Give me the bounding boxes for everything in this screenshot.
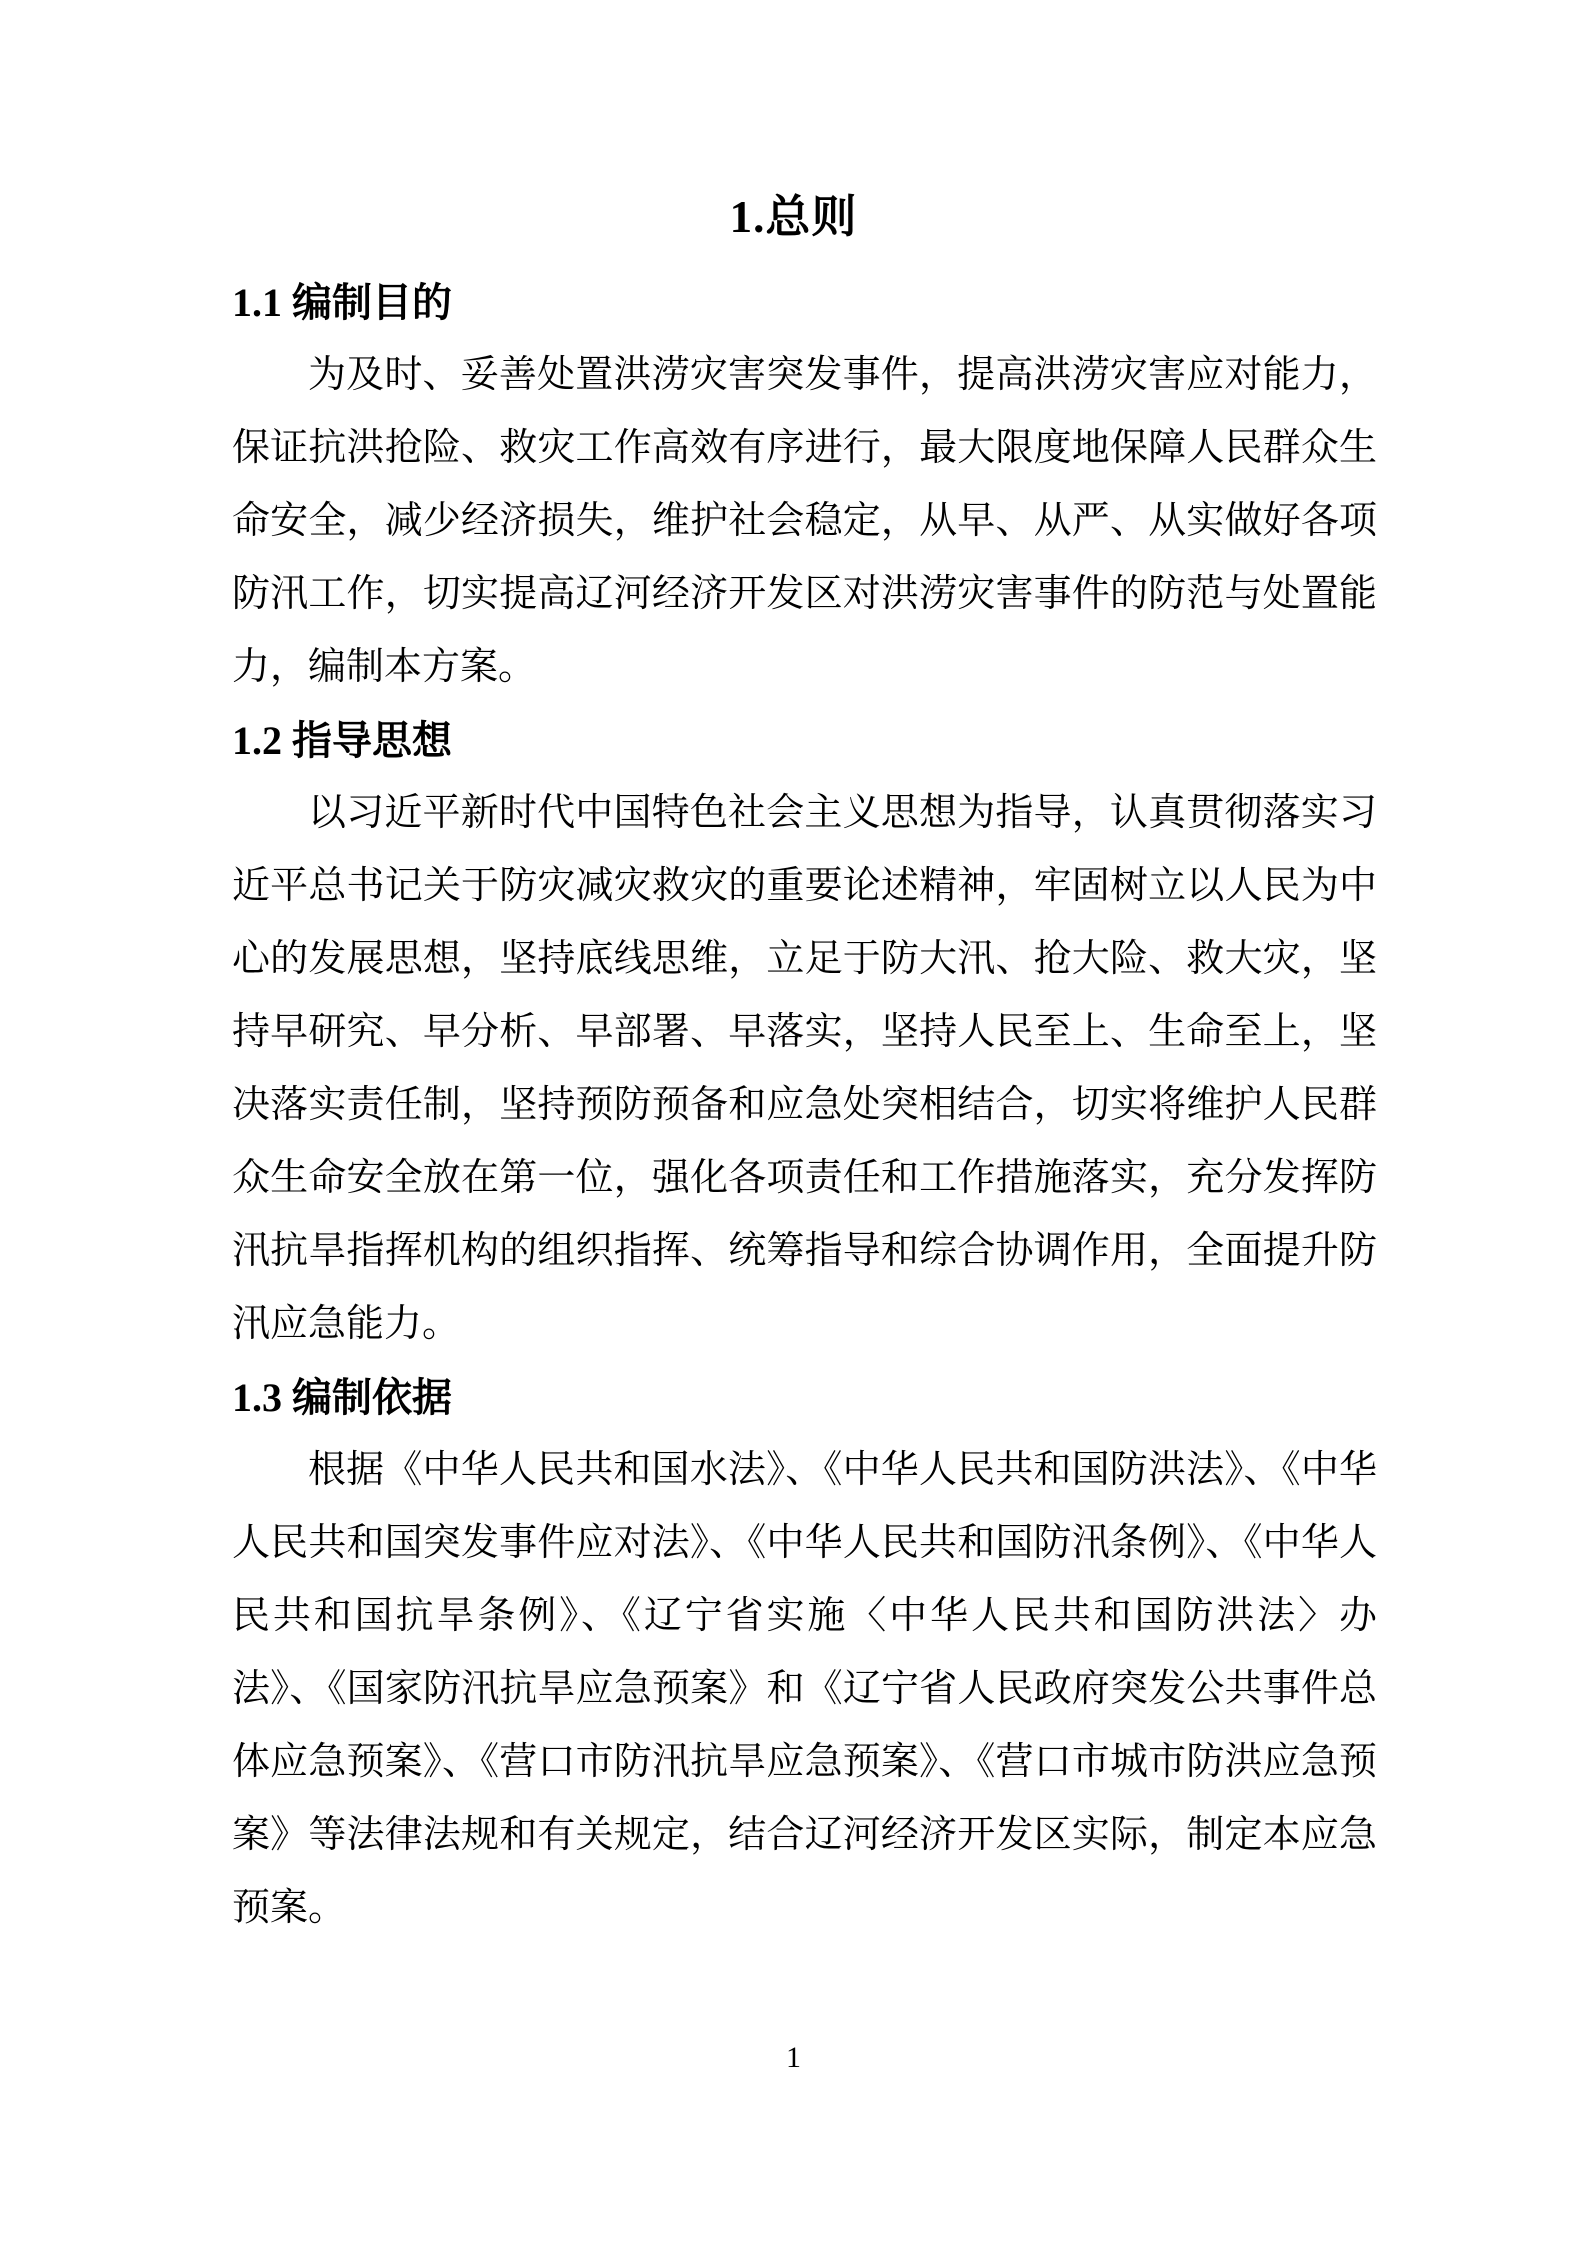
section-paragraph: 以习近平新时代中国特色社会主义思想为指导，认真贯彻落实习近平总书记关于防灾减灾救… xyxy=(232,777,1377,1361)
section-heading: 1.2 指导思想 xyxy=(232,704,1377,777)
section-compilation-basis: 1.3 编制依据 根据《中华人民共和国水法》、《中华人民共和国防洪法》、《中华人… xyxy=(232,1361,1377,1945)
document-page: 1.总则 1.1 编制目的 为及时、妥善处置洪涝灾害突发事件，提高洪涝灾害应对能… xyxy=(0,0,1587,2245)
document-title: 1.总则 xyxy=(0,191,1587,243)
section-paragraph: 为及时、妥善处置洪涝灾害突发事件，提高洪涝灾害应对能力，保证抗洪抢险、救灾工作高… xyxy=(232,339,1377,704)
section-heading: 1.1 编制目的 xyxy=(232,266,1377,339)
section-heading: 1.3 编制依据 xyxy=(232,1361,1377,1434)
section-paragraph: 根据《中华人民共和国水法》、《中华人民共和国防洪法》、《中华人民共和国突发事件应… xyxy=(232,1434,1377,1945)
document-body: 1.1 编制目的 为及时、妥善处置洪涝灾害突发事件，提高洪涝灾害应对能力，保证抗… xyxy=(232,266,1377,1945)
section-purpose: 1.1 编制目的 为及时、妥善处置洪涝灾害突发事件，提高洪涝灾害应对能力，保证抗… xyxy=(232,266,1377,704)
section-guiding-ideology: 1.2 指导思想 以习近平新时代中国特色社会主义思想为指导，认真贯彻落实习近平总… xyxy=(232,704,1377,1361)
page-number: 1 xyxy=(0,2040,1587,2076)
